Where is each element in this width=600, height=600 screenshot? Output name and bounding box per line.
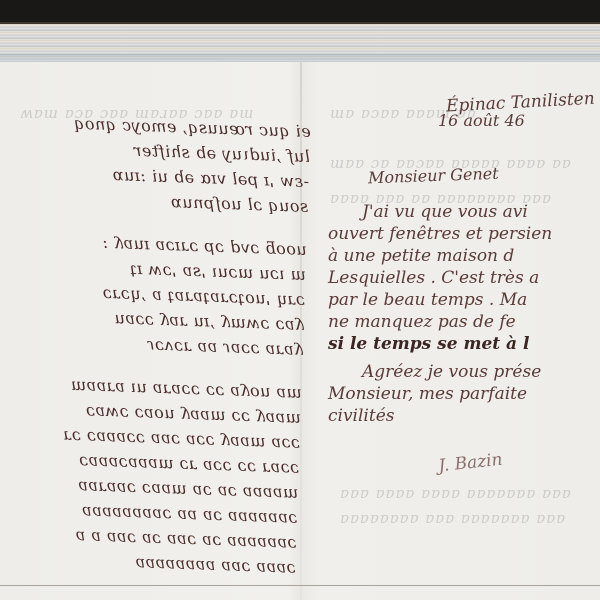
letter-line: ouvert fenêtres et persien xyxy=(328,223,600,245)
letter-closing: Agréez je vous prése Monsieur, mes parfa… xyxy=(328,361,600,427)
left-page-mirrored-text: ei quc rœuusq, emoyc qnoq luf ,iudɩuy əb… xyxy=(20,109,312,597)
ghost-offset-text: ɐɐɐɐɐɐɐɐ ɐɐɐ ɐɐɐɐɐɐɐ ɐɐɐ xyxy=(340,507,566,529)
letter-line: Lesquielles . C'est très a xyxy=(328,267,600,289)
page-bottom-edge xyxy=(0,585,600,586)
letter-body: J'ai vu que vous avi ouvert fenêtres et … xyxy=(328,201,600,355)
letter-salutation: Monsieur Genet xyxy=(368,160,600,188)
letter-line: par le beau temps . Ma xyxy=(328,289,600,311)
copybook-spread: ʍɐɯ ɐɔɐ ɔɐɐ ɯɐɹɐɐ ɔɐɐ ɐɯ ɯɐ ɐɔɐɐ ɐɐɐɯ ɐɐ… xyxy=(0,62,600,600)
right-page-letter: Épinac Tanilisten 16 août 46 Monsieur Ge… xyxy=(328,92,600,467)
mirrored-paragraph: ɯɐ uoʎɐ ɔɔ ɔɔɐɹɐ uı ɐɹɐɐɯ ɯɐɐʎ ɔɔ ɯɐɐʎ u… xyxy=(20,370,302,579)
mirrored-paragraph: uooƃ ɔvd ɔp ɔɹɪɔɐ ɪuɐʎ : ɯ ıɔu ɯɔuı ˌsɐ … xyxy=(28,227,307,362)
letter-line: à une petite maison d xyxy=(328,245,600,267)
letter-signature: J. Bazin xyxy=(437,438,600,477)
letter-line: ne manquez pas de fe xyxy=(328,311,600,333)
book-page-edges xyxy=(0,22,600,64)
closing-line: Monsieur, mes parfaite xyxy=(328,383,600,405)
mirrored-paragraph: ei quc rœuusq, emoyc qnoq luf ,iudɩuy əb… xyxy=(33,109,311,219)
letter-line: J'ai vu que vous avi xyxy=(328,201,600,223)
closing-line: Agréez je vous prése xyxy=(328,361,600,383)
closing-line: civilités xyxy=(328,405,600,427)
ghost-offset-text: ɐɐɐ ɐɐɐɐ ɐɐɐɐ ɐɐɐɐɐɐɐ ɐɐɐ xyxy=(340,482,572,504)
letter-line: si le temps se met à l xyxy=(328,333,600,355)
